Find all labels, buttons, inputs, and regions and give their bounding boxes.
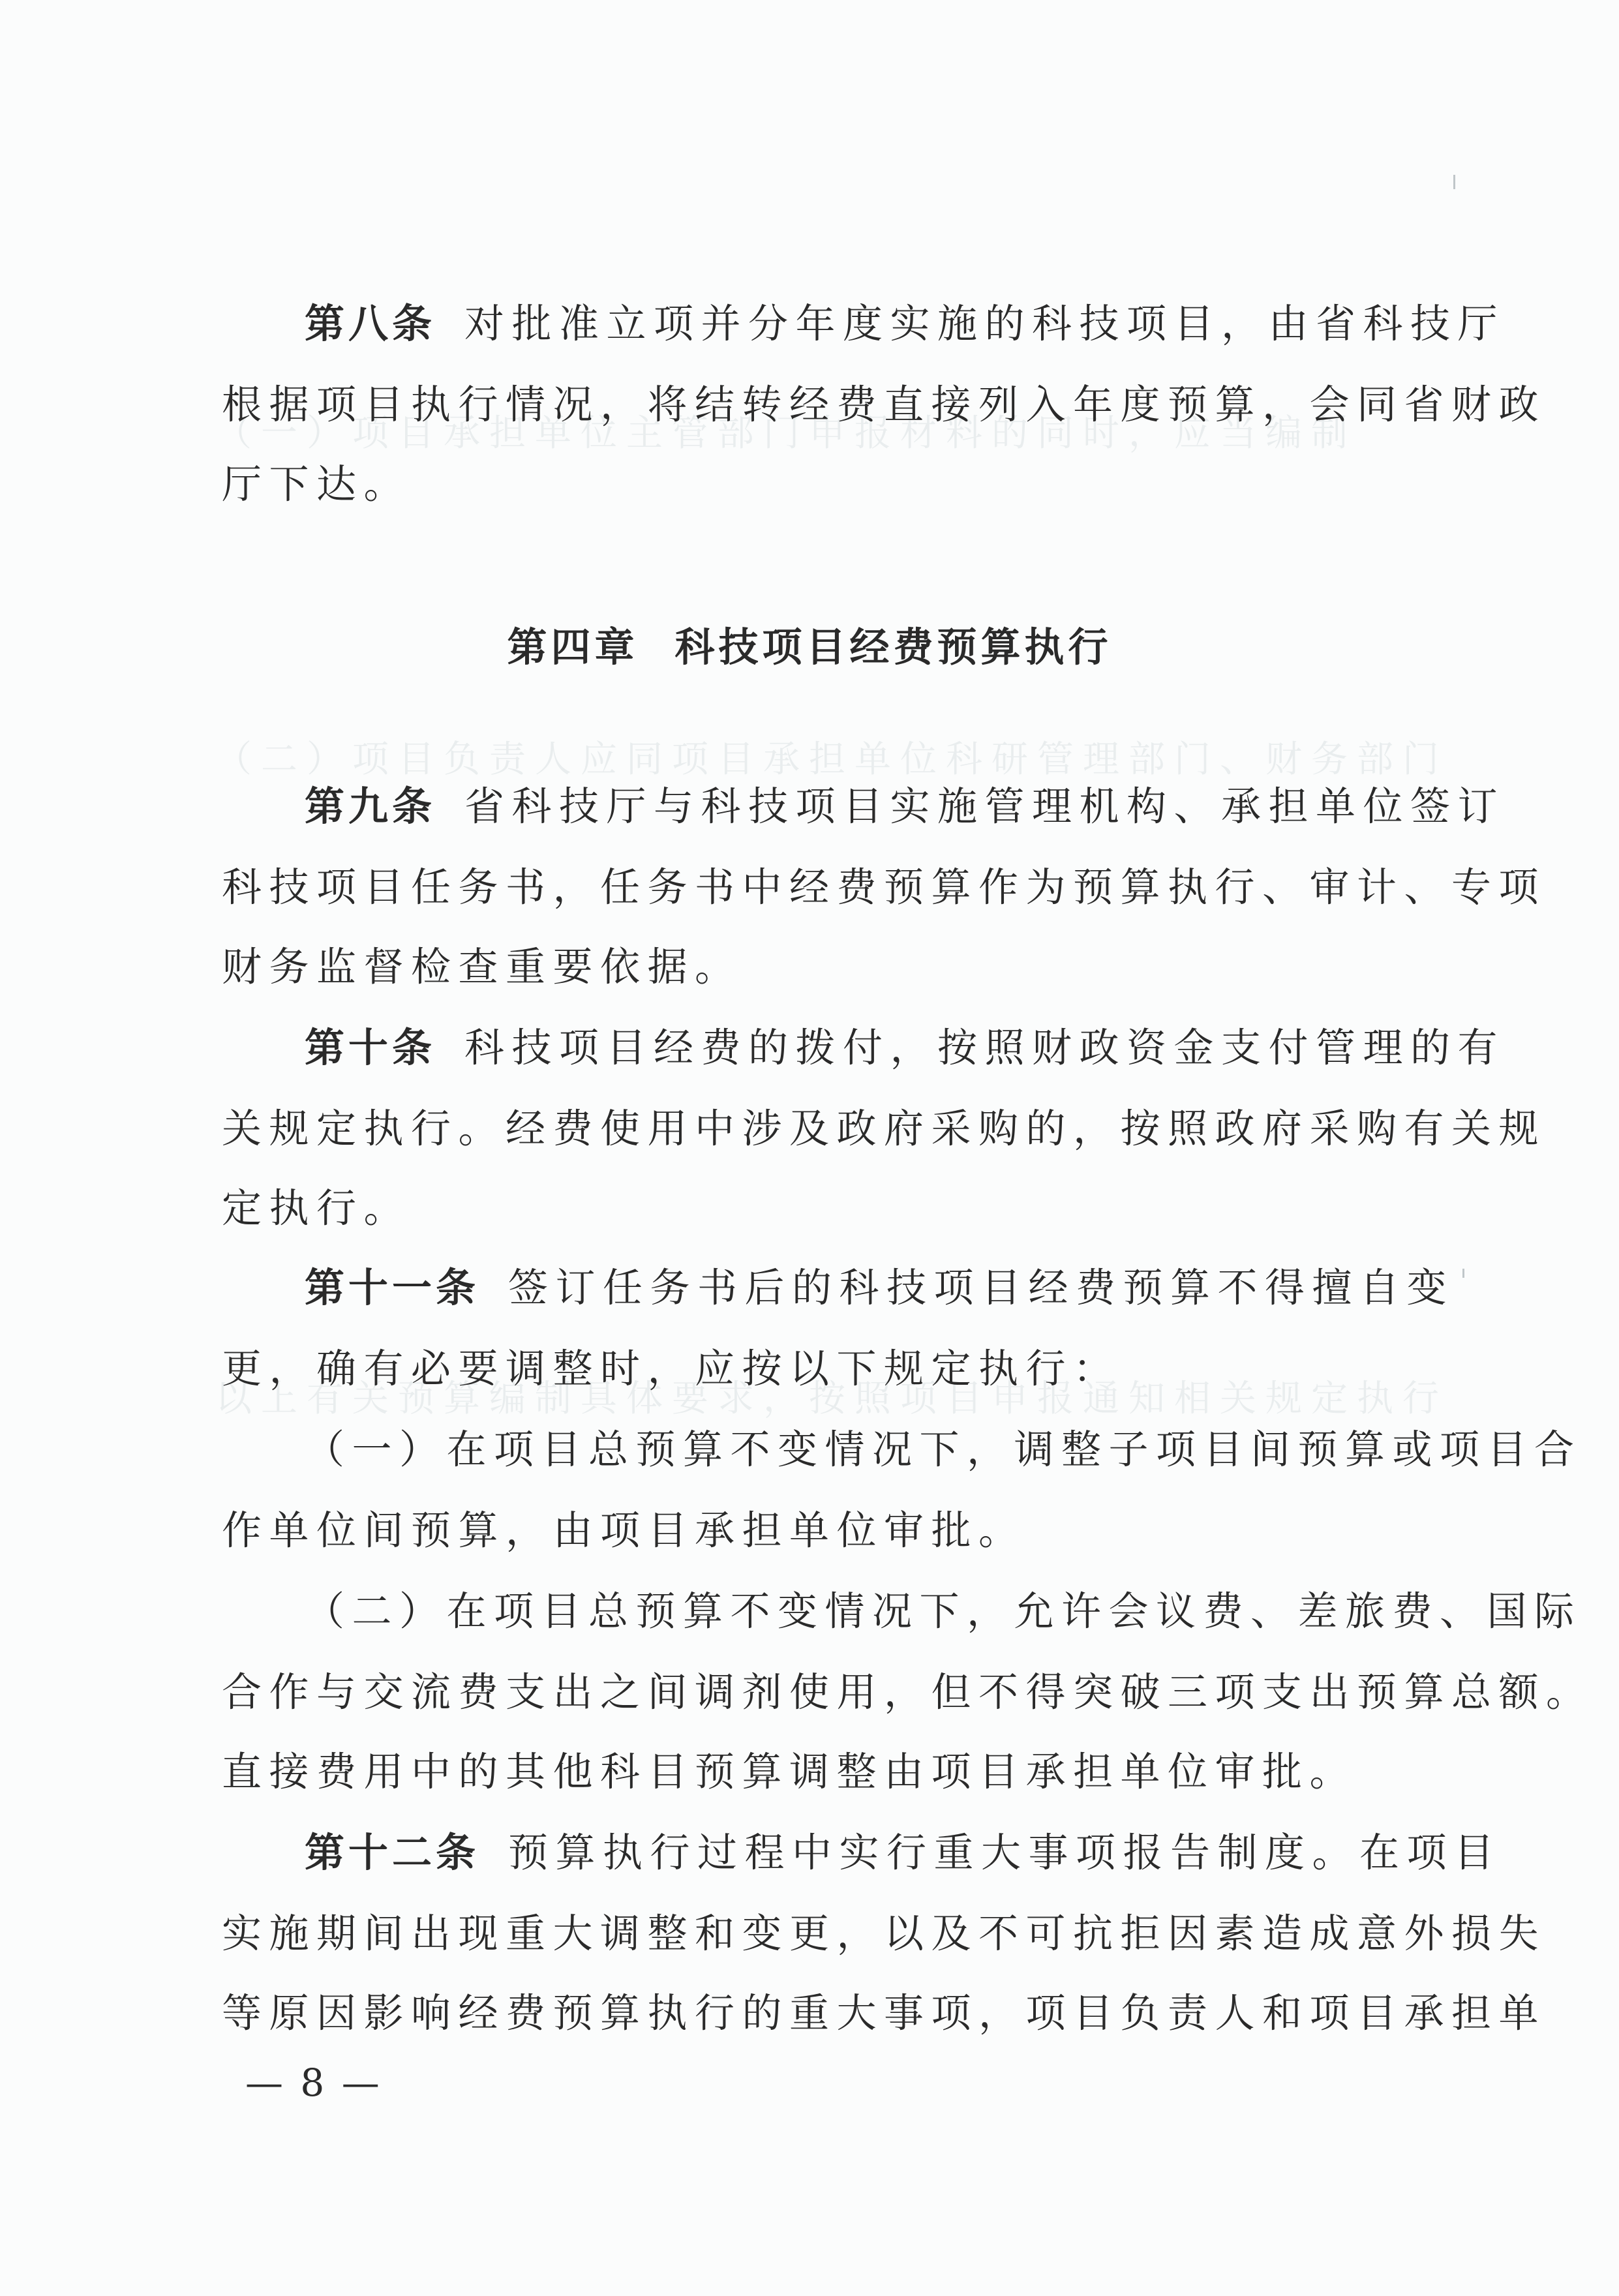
document-page: （一）项目承担单位主管部门申报材料的同时，应当编制 （二）项目负责人应同项目承担… [0, 0, 1619, 2296]
article-10-line-3: 定执行。 [222, 1186, 1435, 1231]
article-11-item-2-line-2: 合作与交流费支出之间调剂使用，但不得突破三项支出预算总额。 [222, 1670, 1435, 1715]
article-label: 第十一条 [305, 1265, 479, 1311]
article-8-line-1: 第八条对批准立项并分年度实施的科技项目，由省科技厅 [305, 301, 1435, 347]
article-8-line-3: 厅下达。 [222, 462, 1435, 507]
scan-speck [1462, 1269, 1464, 1278]
article-11-line-1: 第十一条签订任务书后的科技项目经费预算不得擅自变 [305, 1265, 1435, 1311]
article-10-line-1: 第十条科技项目经费的拨付，按照财政资金支付管理的有 [305, 1025, 1435, 1071]
article-12-line-2: 实施期间出现重大调整和变更，以及不可抗拒因素造成意外损失 [222, 1911, 1435, 1957]
article-11-line-2: 更，确有必要调整时，应按以下规定执行： [222, 1346, 1435, 1392]
article-9-line-2: 科技项目任务书，任务书中经费预算作为预算执行、审计、专项 [222, 865, 1435, 911]
article-label: 第十二条 [305, 1830, 479, 1876]
chapter-title: 科技项目经费预算执行 [675, 624, 1112, 671]
article-label: 第十条 [305, 1025, 436, 1071]
scan-speck [1453, 175, 1455, 189]
article-12-line-3: 等原因影响经费预算执行的重大事项，项目负责人和项目承担单 [222, 1991, 1435, 2036]
article-12-line-1: 第十二条预算执行过程中实行重大事项报告制度。在项目 [305, 1830, 1435, 1876]
chapter-number: 第四章 [507, 624, 638, 671]
article-8-line-2: 根据项目执行情况，将结转经费直接列入年度预算，会同省财政 [222, 382, 1435, 428]
article-11-item-2-line-3: 直接费用中的其他科目预算调整由项目承担单位审批。 [222, 1749, 1435, 1795]
show-through-noise: （二）项目负责人应同项目承担单位科研管理部门、财务部门 [215, 731, 1462, 783]
article-label: 第九条 [305, 783, 436, 830]
article-9-line-3: 财务监督检查重要依据。 [222, 944, 1435, 990]
article-9-line-1: 第九条省科技厅与科技项目实施管理机构、承担单位签订 [305, 784, 1435, 830]
article-11-item-1-line-1: （一）在项目总预算不变情况下，调整子项目间预算或项目合 [305, 1427, 1435, 1473]
page-number: — 8 — [245, 2060, 382, 2106]
chapter-heading: 第四章科技项目经费预算执行 [0, 625, 1619, 671]
article-label: 第八条 [305, 301, 436, 347]
article-10-line-2: 关规定执行。经费使用中涉及政府采购的，按照政府采购有关规 [222, 1106, 1435, 1152]
article-11-item-1-line-2: 作单位间预算，由项目承担单位审批。 [222, 1508, 1435, 1554]
article-11-item-2-line-1: （二）在项目总预算不变情况下，允许会议费、差旅费、国际 [305, 1589, 1435, 1635]
